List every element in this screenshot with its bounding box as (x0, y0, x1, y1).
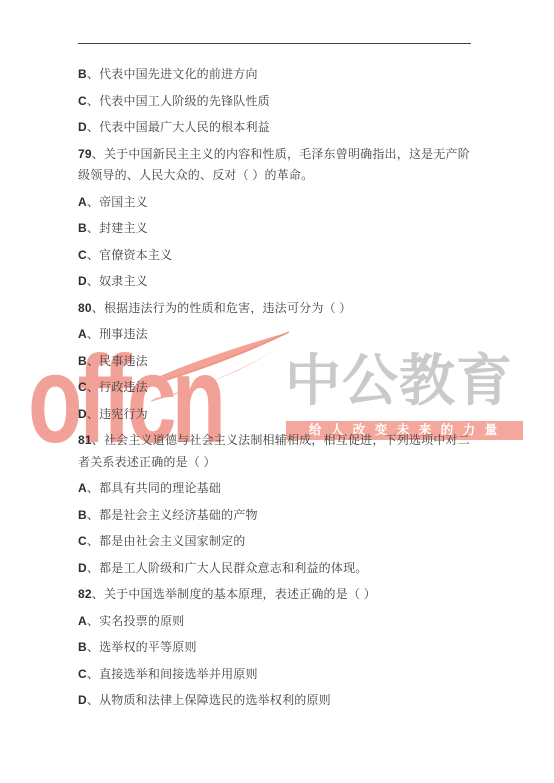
question-number: 81 (78, 433, 92, 447)
option-text: 从物质和法律上保障选民的选举权利的原则 (99, 693, 331, 707)
answer-option: D、奴隶主义 (78, 271, 474, 293)
option-separator: 、 (87, 614, 99, 628)
option-label: A (78, 481, 87, 495)
option-label: B (78, 354, 87, 368)
answer-option: D、都是工人阶级和广大人民群众意志和利益的体现。 (78, 558, 474, 580)
option-text: 都是工人阶级和广大人民群众意志和利益的体现。 (99, 561, 367, 575)
option-separator: 、 (87, 508, 99, 522)
option-label: B (78, 67, 87, 81)
answer-option: D、违宪行为 (78, 404, 474, 426)
option-text: 官僚资本主义 (99, 248, 172, 262)
option-separator: 、 (87, 667, 99, 681)
question-text: 关于中国新民主主义的内容和性质，毛泽东曾明确指出，这是无产阶级领导的、人民大众的… (78, 147, 470, 183)
option-text: 都是由社会主义国家制定的 (99, 534, 245, 548)
question-separator: 、 (92, 301, 104, 315)
option-text: 直接选举和间接选举并用原则 (99, 667, 258, 681)
option-label: A (78, 327, 87, 341)
question-text: 社会主义道德与社会主义法制相辅相成，相互促进，下列选项中对二者关系表述正确的是（… (78, 433, 470, 469)
option-separator: 、 (87, 274, 99, 288)
answer-option: A、都具有共同的理论基础 (78, 478, 474, 500)
option-text: 刑事违法 (99, 327, 148, 341)
option-label: D (78, 407, 87, 421)
question-number: 80 (78, 301, 92, 315)
answer-option: A、帝国主义 (78, 192, 474, 214)
option-label: B (78, 640, 87, 654)
question-separator: 、 (92, 587, 104, 601)
option-text: 代表中国最广大人民的根本利益 (99, 120, 270, 134)
question-stem: 82、关于中国选举制度的基本原理，表述正确的是（ ） (78, 584, 474, 606)
option-text: 行政违法 (99, 380, 148, 394)
answer-option: C、代表中国工人阶级的先锋队性质 (78, 91, 474, 113)
option-text: 实名投票的原则 (99, 614, 184, 628)
option-separator: 、 (87, 221, 99, 235)
option-text: 都是社会主义经济基础的产物 (99, 508, 258, 522)
answer-option: D、代表中国最广大人民的根本利益 (78, 117, 474, 139)
option-separator: 、 (87, 195, 99, 209)
option-text: 代表中国先进文化的前进方向 (99, 67, 258, 81)
answer-option: B、封建主义 (78, 218, 474, 240)
option-separator: 、 (87, 640, 99, 654)
option-separator: 、 (87, 561, 99, 575)
option-label: C (78, 94, 87, 108)
option-label: A (78, 614, 87, 628)
option-text: 都具有共同的理论基础 (99, 481, 221, 495)
option-label: A (78, 195, 87, 209)
answer-option: B、都是社会主义经济基础的产物 (78, 505, 474, 527)
document-content: B、代表中国先进文化的前进方向 C、代表中国工人阶级的先锋队性质 D、代表中国最… (78, 64, 474, 717)
question-number: 79 (78, 147, 92, 161)
question-stem: 80、根据违法行为的性质和危害，违法可分为（ ） (78, 298, 474, 320)
option-text: 奴隶主义 (99, 274, 148, 288)
option-label: D (78, 561, 87, 575)
option-label: C (78, 534, 87, 548)
answer-option: C、都是由社会主义国家制定的 (78, 531, 474, 553)
question-separator: 、 (92, 433, 104, 447)
answer-option: B、选举权的平等原则 (78, 637, 474, 659)
option-text: 选举权的平等原则 (99, 640, 197, 654)
option-text: 帝国主义 (99, 195, 148, 209)
question-stem: 79、关于中国新民主主义的内容和性质，毛泽东曾明确指出，这是无产阶级领导的、人民… (78, 144, 474, 187)
option-label: B (78, 508, 87, 522)
answer-option: B、民事违法 (78, 351, 474, 373)
option-text: 代表中国工人阶级的先锋队性质 (99, 94, 270, 108)
option-separator: 、 (87, 120, 99, 134)
option-label: C (78, 380, 87, 394)
answer-option: A、刑事违法 (78, 324, 474, 346)
option-label: C (78, 248, 87, 262)
question-text: 关于中国选举制度的基本原理，表述正确的是（ ） (104, 587, 376, 601)
question-stem: 81、社会主义道德与社会主义法制相辅相成，相互促进，下列选项中对二者关系表述正确… (78, 430, 474, 473)
answer-option: C、直接选举和间接选举并用原则 (78, 664, 474, 686)
option-label: D (78, 693, 87, 707)
option-separator: 、 (87, 248, 99, 262)
option-text: 民事违法 (99, 354, 148, 368)
answer-option: A、实名投票的原则 (78, 611, 474, 633)
option-separator: 、 (87, 534, 99, 548)
option-label: B (78, 221, 87, 235)
question-separator: 、 (92, 147, 104, 161)
option-text: 违宪行为 (99, 407, 148, 421)
option-separator: 、 (87, 380, 99, 394)
option-text: 封建主义 (99, 221, 148, 235)
option-label: D (78, 274, 87, 288)
answer-option: C、行政违法 (78, 377, 474, 399)
question-text: 根据违法行为的性质和危害，违法可分为（ ） (104, 301, 352, 315)
answer-option: C、官僚资本主义 (78, 245, 474, 267)
option-separator: 、 (87, 67, 99, 81)
answer-option: B、代表中国先进文化的前进方向 (78, 64, 474, 86)
answer-option: D、从物质和法律上保障选民的选举权利的原则 (78, 690, 474, 712)
option-label: D (78, 120, 87, 134)
question-number: 82 (78, 587, 92, 601)
option-separator: 、 (87, 354, 99, 368)
option-separator: 、 (87, 481, 99, 495)
option-separator: 、 (87, 327, 99, 341)
option-label: C (78, 667, 87, 681)
option-separator: 、 (87, 407, 99, 421)
top-divider (78, 43, 471, 44)
option-separator: 、 (87, 94, 99, 108)
page-container: offcn 中公教育 给 人 改 变 未 来 的 力 量 B、代表中国先进文化的… (0, 0, 554, 783)
option-separator: 、 (87, 693, 99, 707)
